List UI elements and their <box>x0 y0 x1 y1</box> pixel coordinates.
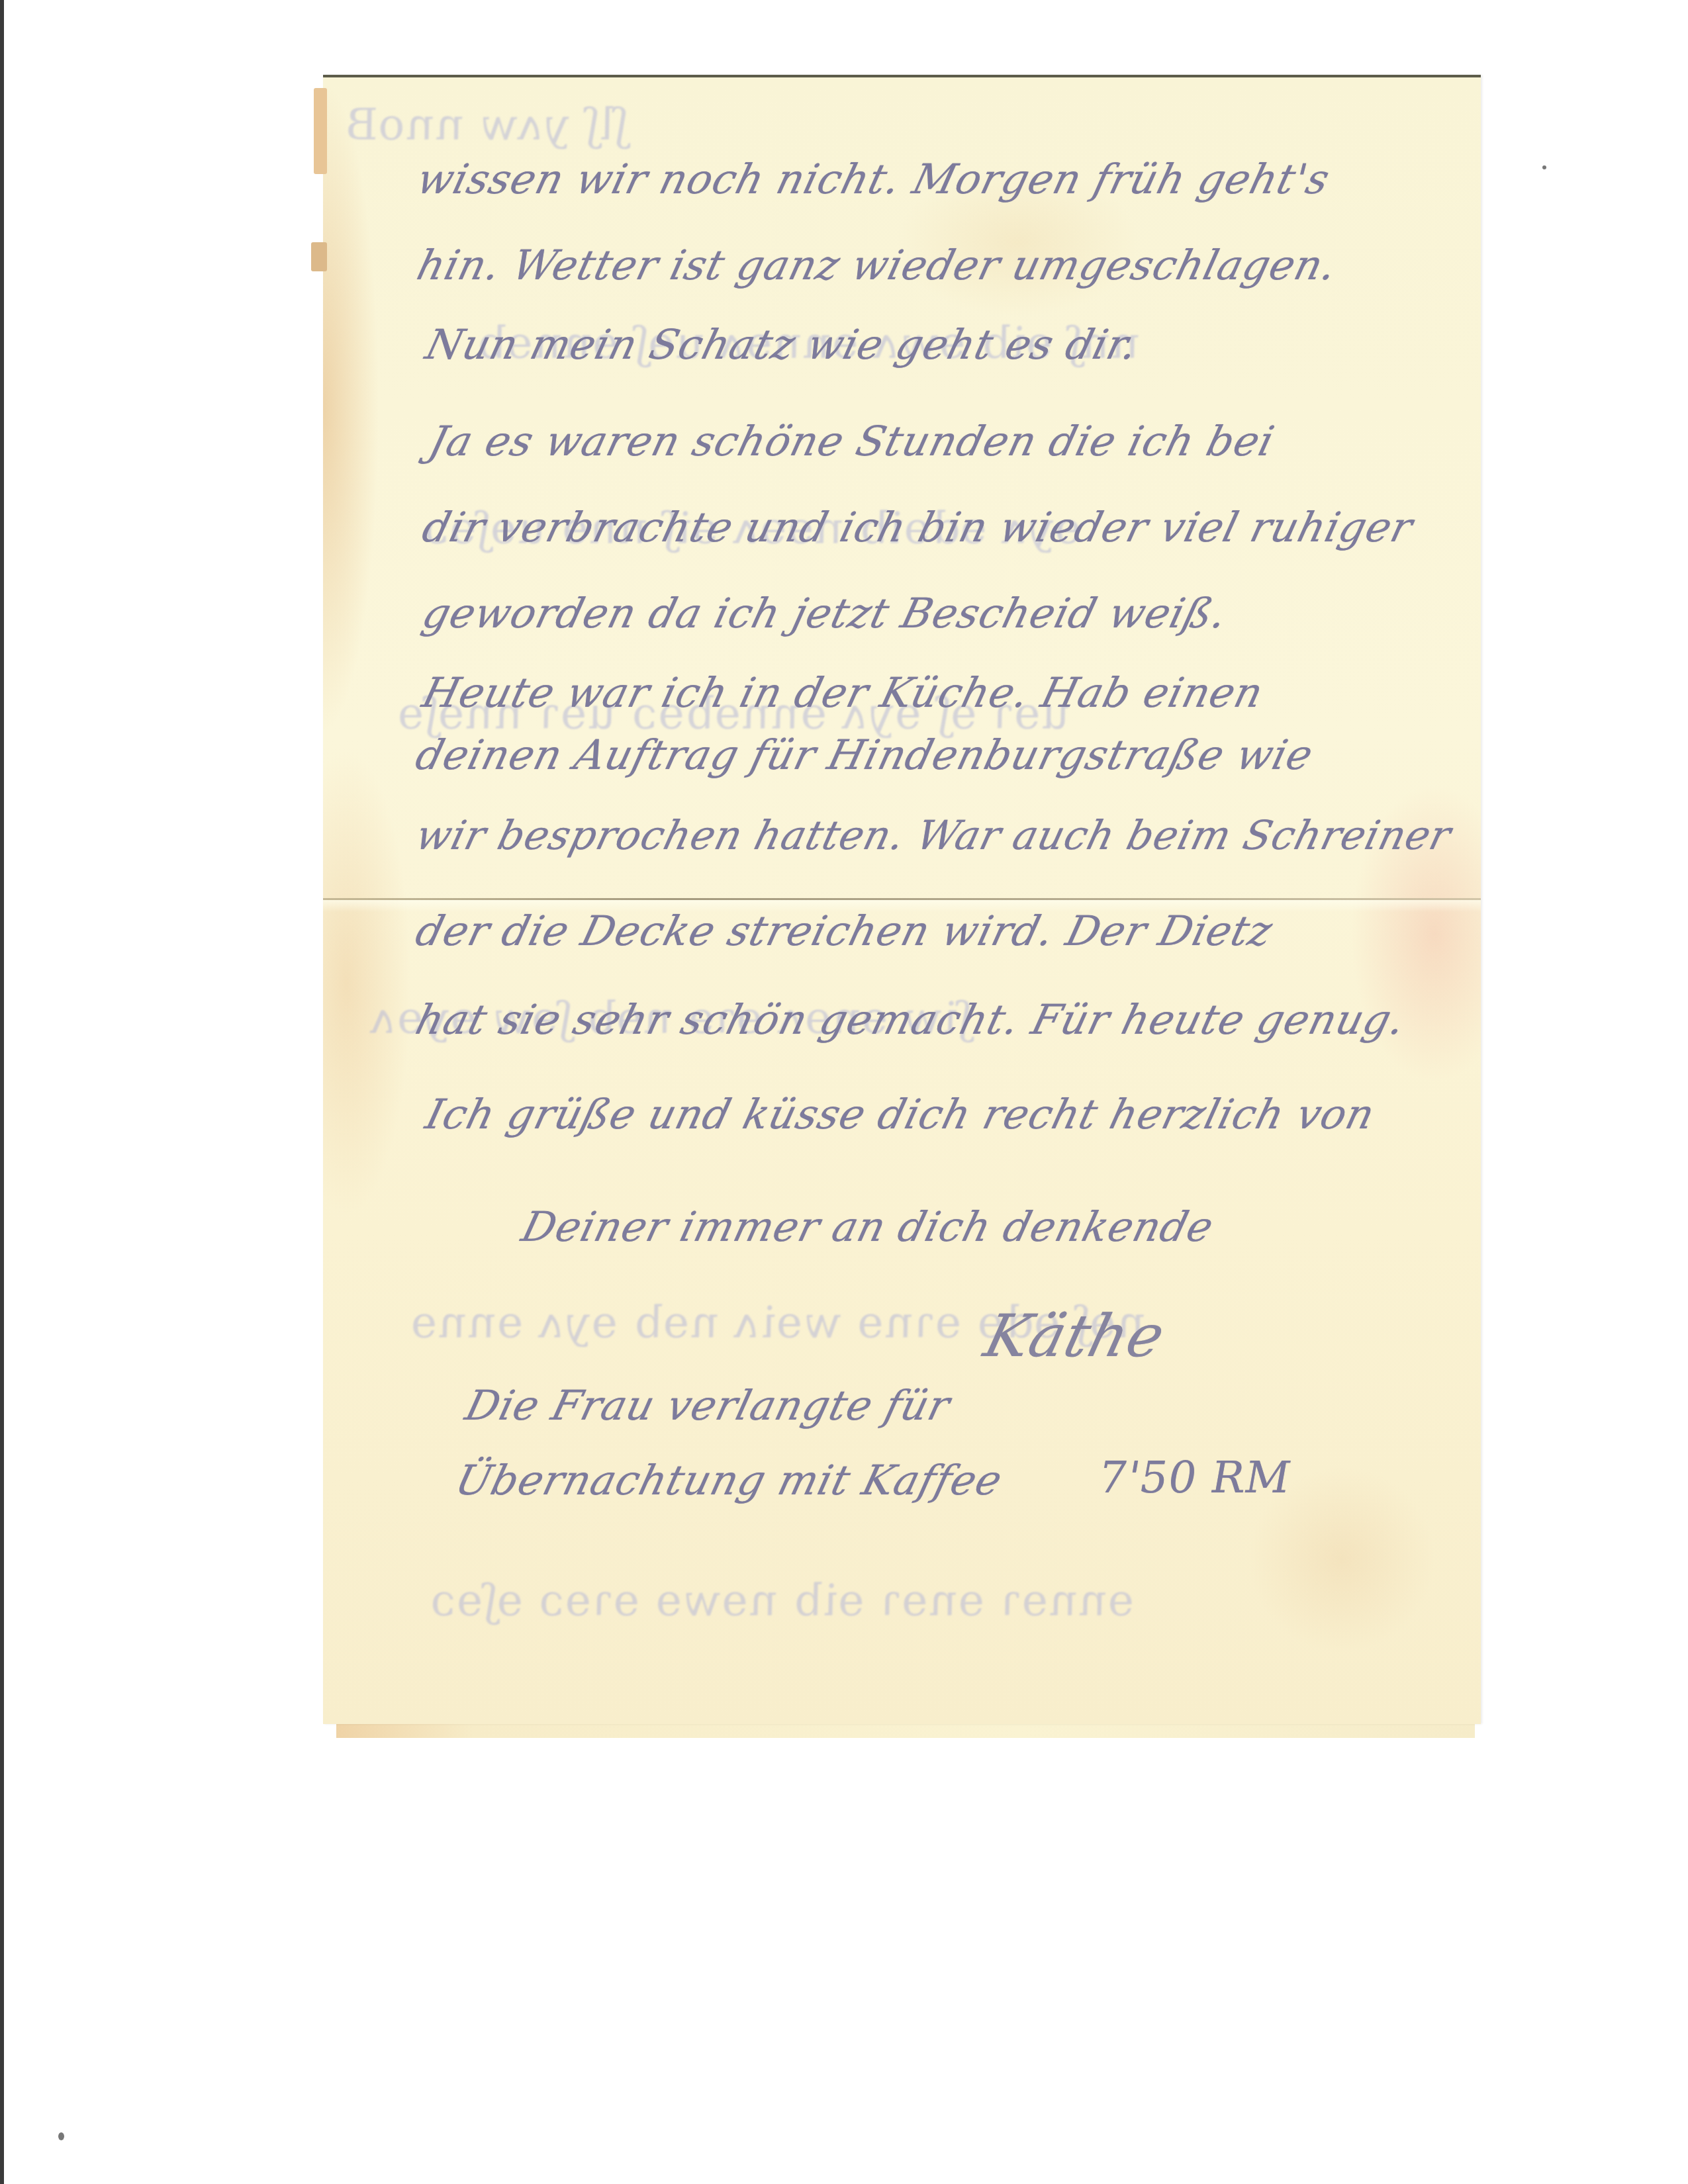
torn-edge <box>314 88 327 174</box>
letter-line: hat sie sehr schön gemacht. Für heute ge… <box>412 999 1409 1040</box>
bleed-through-text: ɘnnɘɿ ɘnɘɿ ɘib nɘwɘ ɘɿɘɔ ɘʃɘɔ <box>425 1575 1140 1626</box>
closing-line: Deiner immer an dich denkende <box>518 1206 1217 1248</box>
letter-line: Nun mein Schatz wie geht es dir. <box>422 324 1142 365</box>
letter-line: der die Decke streichen wird. Der Dietz <box>412 911 1276 952</box>
dust-speck <box>58 2132 64 2140</box>
letter-line: geworden da ich jetzt Bescheid weiß. <box>418 593 1231 634</box>
letter-line: hin. Wetter ist ganz wieder umgeschlagen… <box>413 245 1341 286</box>
letter-line: Ich grüße und küsse dich recht herzlich … <box>422 1094 1379 1135</box>
letter-line: deinen Auftrag für Hindenburgstraße wie <box>412 735 1317 776</box>
letter-line: dir verbrachte und ich bin wieder viel r… <box>418 507 1417 548</box>
dust-speck <box>1542 165 1546 169</box>
scanner-edge <box>0 0 4 2184</box>
letter-line: Ja es waren schöne Stunden die ich bei <box>425 421 1278 462</box>
postscript-line: Die Frau verlangte für <box>461 1385 954 1426</box>
letter-line: wissen wir noch nicht. Morgen früh geht'… <box>413 159 1334 200</box>
bleed-through-text: ʃlʃ yʌw nnoB <box>339 99 633 150</box>
postscript-amount: 7'50 RM <box>1095 1456 1294 1500</box>
postscript-line: Übernachtung mit Kaffee <box>451 1460 1006 1501</box>
signature: Käthe <box>979 1307 1170 1365</box>
letter-line: Heute war ich in der Küche. Hab einen <box>418 672 1267 713</box>
letter-line: wir besprochen hatten. War auch beim Sch… <box>412 816 1455 856</box>
torn-edge <box>311 242 327 271</box>
